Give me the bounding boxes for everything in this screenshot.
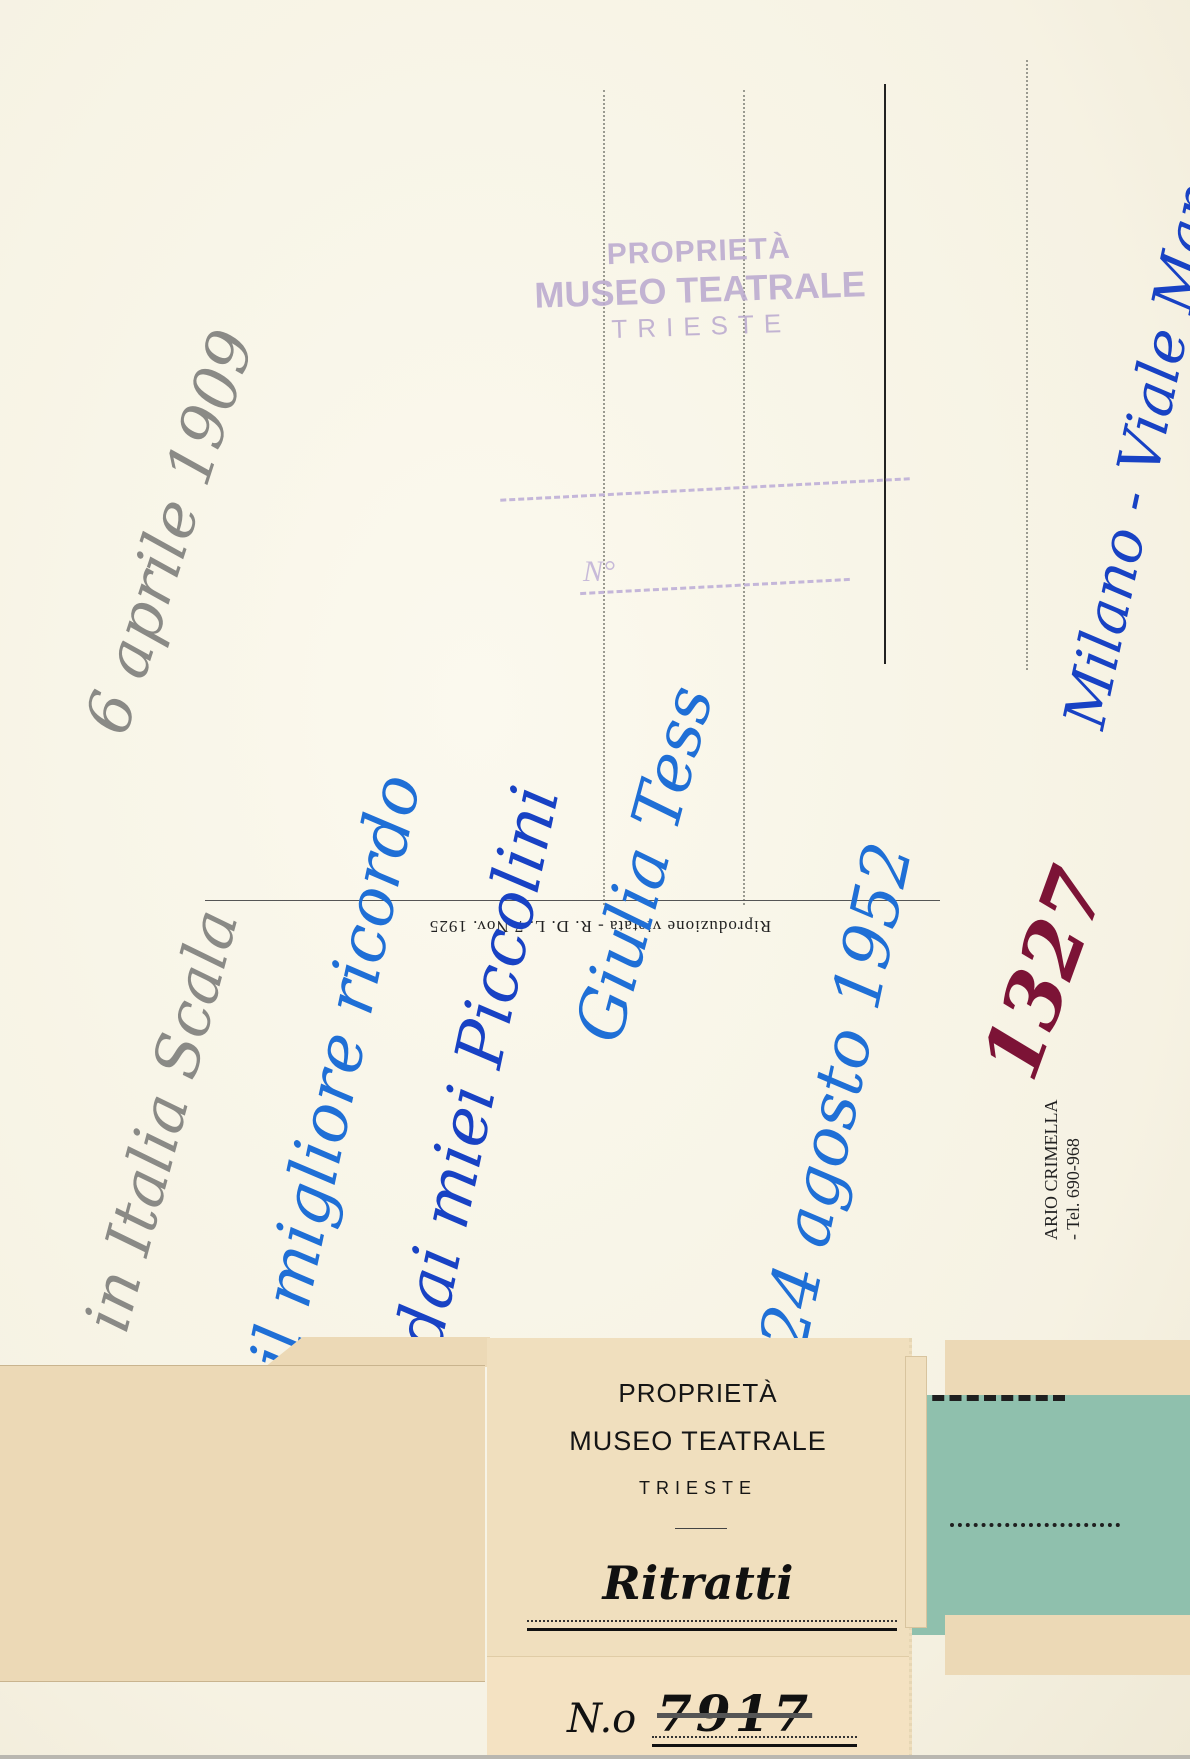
printed-bar bbox=[915, 1395, 1065, 1407]
dotted-divider bbox=[1026, 60, 1028, 670]
postcard-back: Riproduzione vietata - R. D. L. 7 Nov. 1… bbox=[0, 0, 1190, 1759]
label-line-1: PROPRIETÀ bbox=[487, 1378, 909, 1409]
label-category: Ritratti bbox=[487, 1556, 909, 1610]
label-dotted-line bbox=[527, 1620, 897, 1622]
archive-number-note: 1327 bbox=[965, 856, 1125, 1091]
label-number: 7917 bbox=[657, 1684, 812, 1743]
mounting-tape bbox=[0, 1365, 485, 1682]
museum-ink-stamp: PROPRIETÀ MUSEO TEATRALE TRIESTE bbox=[498, 228, 901, 349]
address-divider bbox=[884, 84, 886, 664]
dotted-divider bbox=[743, 90, 745, 905]
address-line: Milano - Viale Manno 7 bbox=[1050, 51, 1190, 734]
pencil-date: 6 aprile 1909 bbox=[70, 321, 269, 742]
scan-edge bbox=[0, 1755, 1190, 1759]
mounting-tape bbox=[945, 1340, 1190, 1395]
label-dotted-line bbox=[652, 1736, 857, 1738]
signature: Giulia Tess bbox=[560, 678, 729, 1050]
stamp-number-prefix: N° bbox=[583, 555, 615, 589]
green-paper-slip bbox=[905, 1395, 1190, 1615]
label-line-2: MUSEO TEATRALE bbox=[487, 1426, 909, 1457]
dotted-divider bbox=[603, 90, 605, 905]
label-rule bbox=[527, 1628, 897, 1631]
label-line-3: TRIESTE bbox=[487, 1478, 909, 1499]
print-rule bbox=[205, 900, 940, 901]
mounting-tape bbox=[945, 1615, 1190, 1675]
label-number-prefix: N.o bbox=[567, 1696, 636, 1742]
pencil-note: in Italia Scala bbox=[70, 902, 253, 1339]
label-separator bbox=[675, 1528, 727, 1529]
label-rule bbox=[652, 1744, 857, 1747]
dotted-field bbox=[950, 1523, 1120, 1527]
museum-archive-label: PROPRIETÀ MUSEO TEATRALE TRIESTE Ritratt… bbox=[487, 1338, 912, 1758]
stamp-rule bbox=[580, 578, 850, 595]
stamp-rule bbox=[500, 477, 910, 501]
